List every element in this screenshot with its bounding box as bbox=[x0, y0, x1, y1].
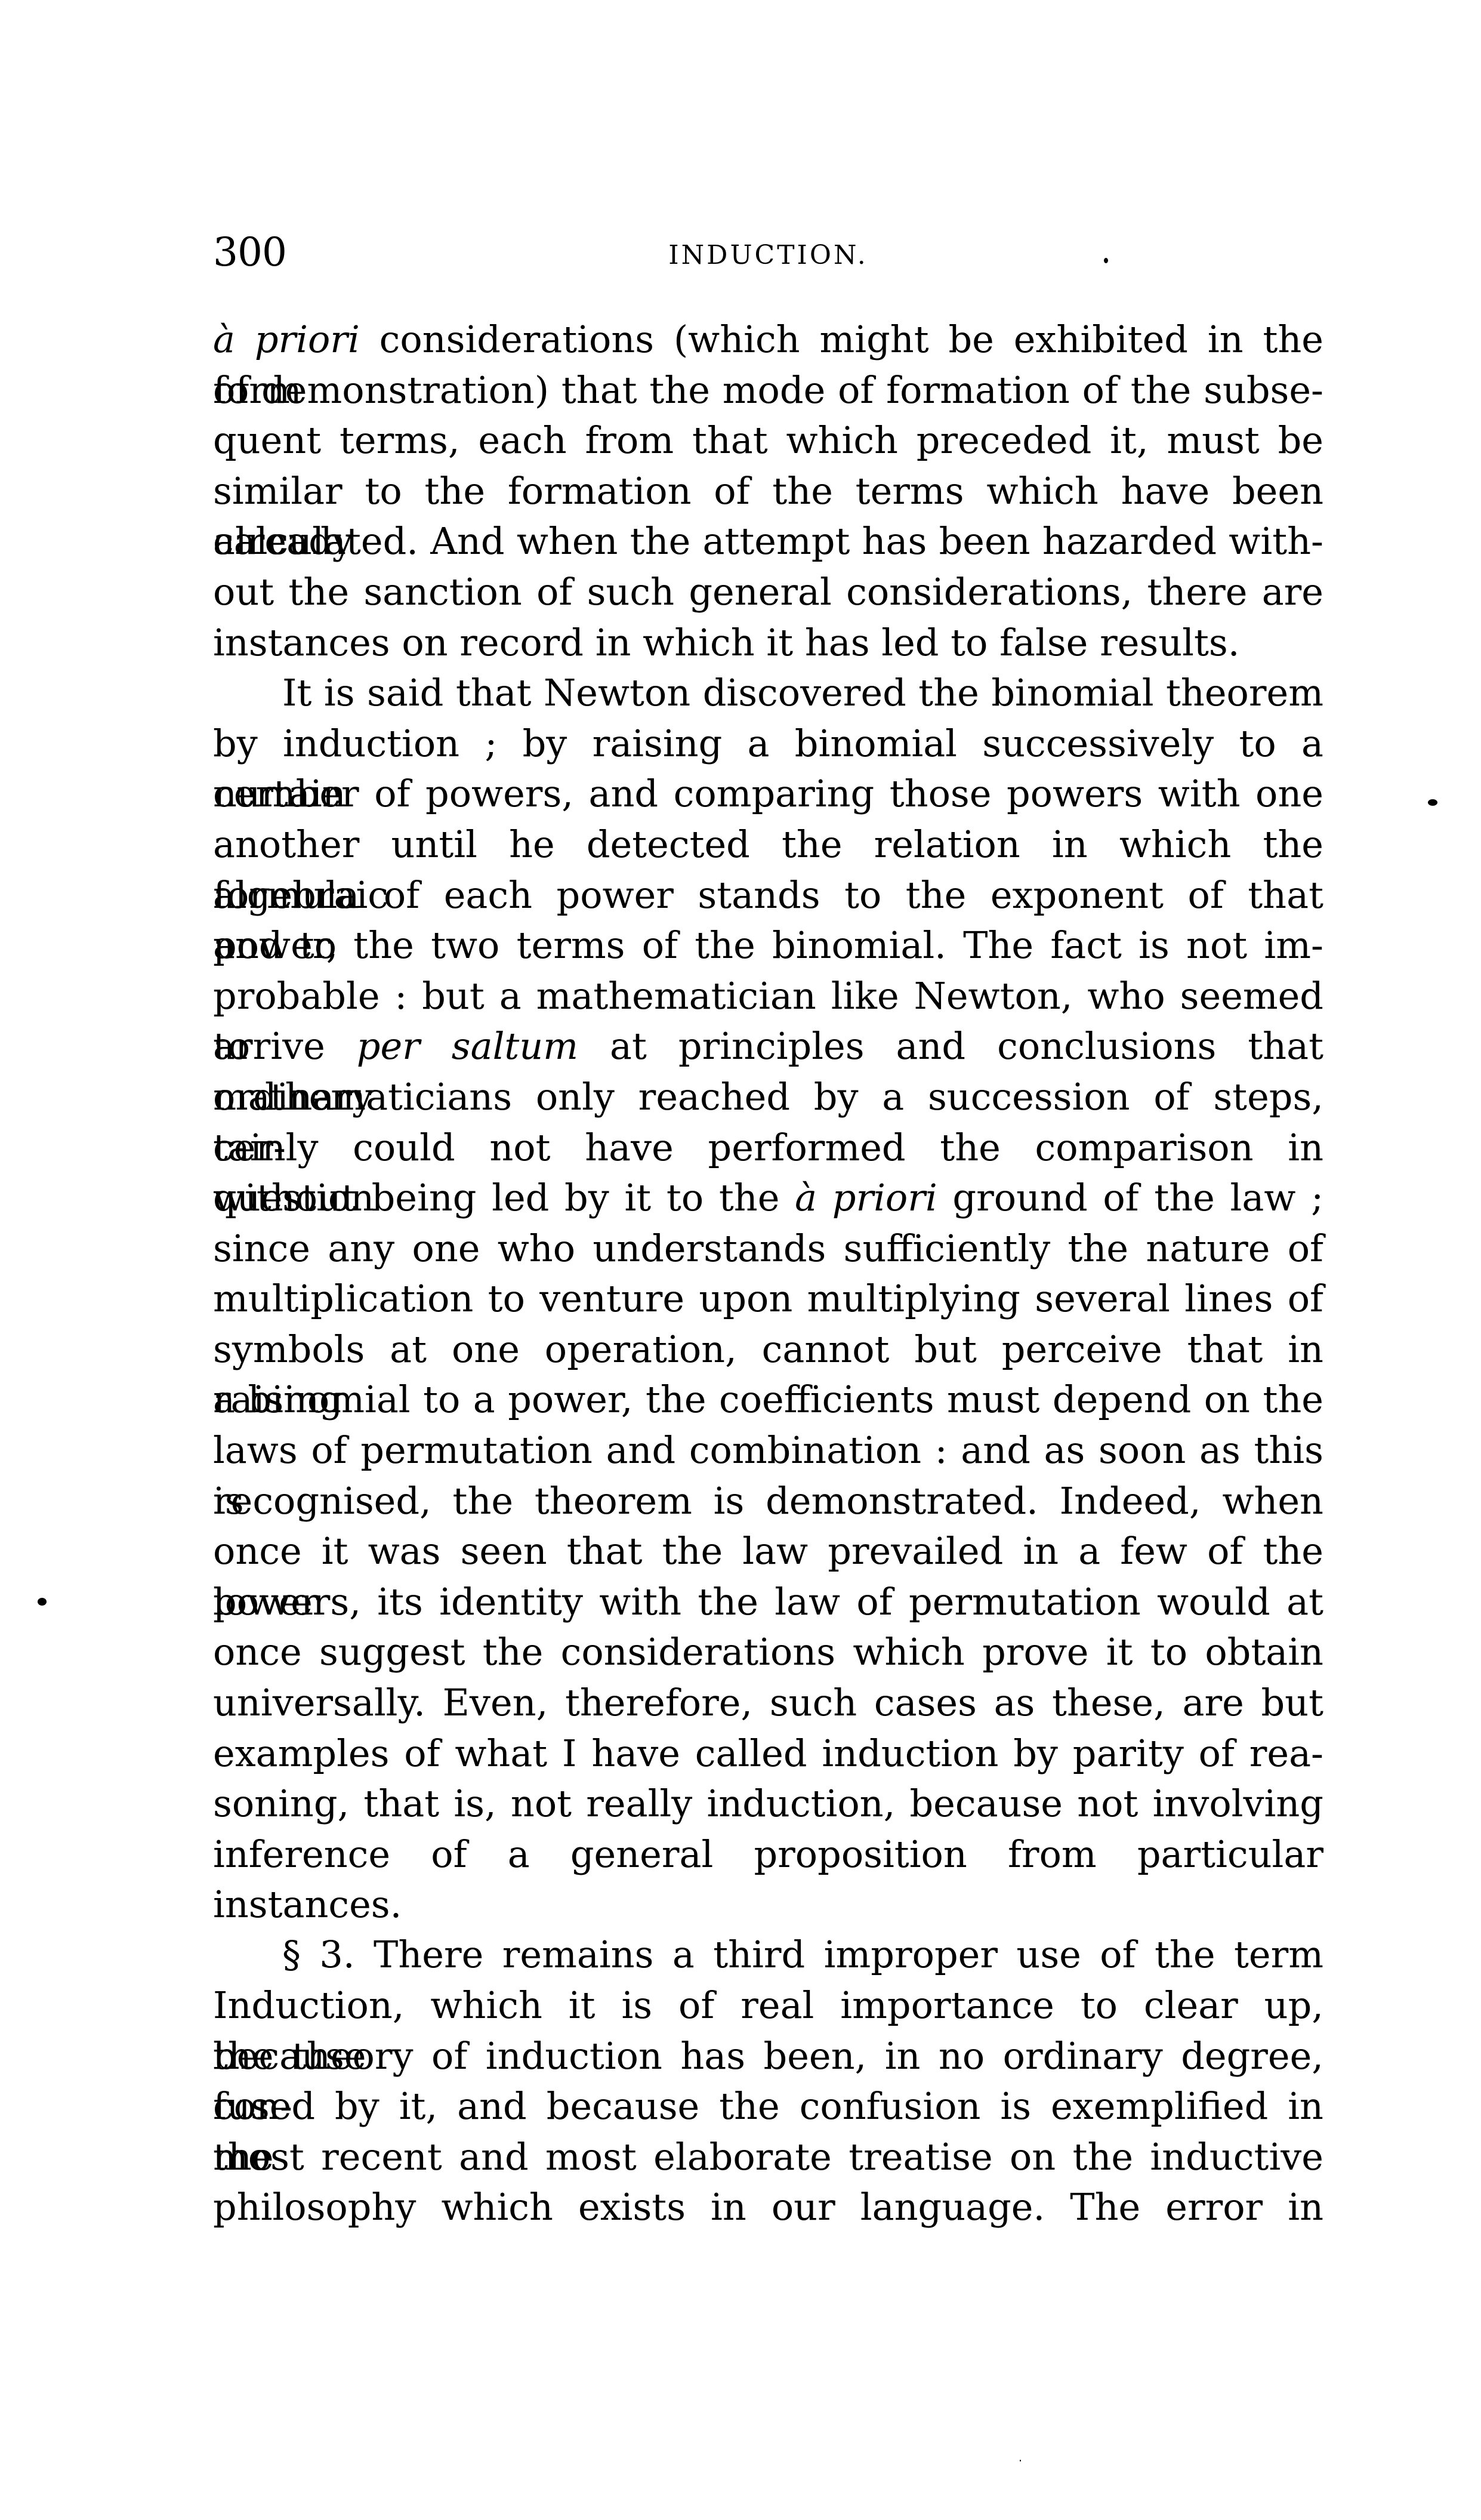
text-line: examples of what I have called induction… bbox=[213, 1729, 1323, 1779]
text-line: and to the two terms of the binomial. Th… bbox=[213, 920, 1323, 971]
text-line: soning, that is, not really induction, b… bbox=[213, 1779, 1323, 1829]
text-line: fused by it, and because the confusion i… bbox=[213, 2081, 1323, 2132]
text-run: arrive bbox=[213, 1024, 357, 1068]
body-text: à priori considerations (which might be … bbox=[213, 315, 1323, 2233]
text-line: § 3. There remains a third improper use … bbox=[213, 1930, 1323, 1980]
text-line: universally. Even, therefore, such cases… bbox=[213, 1678, 1323, 1729]
text-run: instances on record in which it has led … bbox=[213, 621, 1239, 664]
text-run: most recent and most elaborate treatise … bbox=[213, 2135, 1323, 2179]
text-run: quent terms, each from that which preced… bbox=[213, 418, 1323, 462]
text-line: number of powers, and comparing those po… bbox=[213, 769, 1323, 820]
text-run: once suggest the considerations which pr… bbox=[213, 1630, 1323, 1674]
text-run: of demonstration) that the mode of forma… bbox=[213, 368, 1323, 412]
text-run: examples of what I have called induction… bbox=[213, 1732, 1323, 1775]
text-run: multiplication to venture upon multiplyi… bbox=[213, 1277, 1323, 1320]
text-line: instances on record in which it has led … bbox=[213, 618, 1323, 668]
text-run: recognised, the theorem is demonstrated.… bbox=[213, 1479, 1323, 1523]
text-line: since any one who understands sufficient… bbox=[213, 1224, 1323, 1274]
text-run: calculated. And when the attempt has bee… bbox=[213, 519, 1323, 563]
text-line: once it was seen that the law prevailed … bbox=[213, 1526, 1323, 1577]
ink-speck bbox=[1020, 2460, 1021, 2462]
text-line: philosophy which exists in our language.… bbox=[213, 2182, 1323, 2233]
ink-speck bbox=[1428, 799, 1437, 806]
text-run: universally. Even, therefore, such cases… bbox=[213, 1681, 1323, 1724]
text-run: philosophy which exists in our language.… bbox=[213, 2185, 1323, 2229]
text-run: inference of a general proposition from … bbox=[213, 1832, 1323, 1927]
italic-phrase: à priori bbox=[795, 1176, 937, 1219]
text-line: symbols at one operation, cannot but per… bbox=[213, 1324, 1323, 1375]
text-line: of demonstration) that the mode of forma… bbox=[213, 365, 1323, 416]
text-run: number of powers, and comparing those po… bbox=[213, 772, 1323, 815]
text-line: multiplication to venture upon multiplyi… bbox=[213, 1274, 1323, 1324]
text-line: similar to the formation of the terms wh… bbox=[213, 466, 1323, 517]
text-line: inference of a general proposition from … bbox=[213, 1829, 1323, 1880]
text-line: another until he detected the relation i… bbox=[213, 820, 1323, 870]
text-run: powers, its identity with the law of per… bbox=[213, 1580, 1323, 1623]
text-line: recognised, the theorem is demonstrated.… bbox=[213, 1476, 1323, 1527]
text-line: formula of each power stands to the expo… bbox=[213, 870, 1323, 921]
ink-speck bbox=[1104, 258, 1108, 263]
text-line: out the sanction of such general conside… bbox=[213, 567, 1323, 618]
text-line: calculated. And when the attempt has bee… bbox=[213, 516, 1323, 567]
text-line: most recent and most elaborate treatise … bbox=[213, 2132, 1323, 2183]
text-line: once suggest the considerations which pr… bbox=[213, 1627, 1323, 1678]
text-line: laws of permutation and combination : an… bbox=[213, 1425, 1323, 1476]
text-line: by induction ; by raising a binomial suc… bbox=[213, 719, 1323, 769]
text-line: It is said that Newton discovered the bi… bbox=[213, 668, 1323, 719]
text-run: since any one who understands sufficient… bbox=[213, 1227, 1323, 1270]
text-line: Induction, which it is of real importanc… bbox=[213, 1980, 1323, 2031]
text-line: tainly could not have performed the comp… bbox=[213, 1123, 1323, 1173]
text-line: powers, its identity with the law of per… bbox=[213, 1577, 1323, 1628]
section-3-paragraph: § 3. There remains a third improper use … bbox=[213, 1930, 1323, 2233]
text-run: and to the two terms of the binomial. Th… bbox=[213, 923, 1323, 967]
text-line: à priori considerations (which might be … bbox=[213, 315, 1323, 365]
text-run: It is said that Newton discovered the bi… bbox=[282, 671, 1323, 714]
text-line: probable : but a mathematician like Newt… bbox=[213, 971, 1323, 1022]
paragraph: It is said that Newton discovered the bi… bbox=[213, 668, 1323, 1880]
text-run: ground of the law ; bbox=[937, 1176, 1323, 1219]
text-line: quent terms, each from that which preced… bbox=[213, 415, 1323, 466]
text-run: soning, that is, not really induction, b… bbox=[213, 1782, 1323, 1825]
text-line: without being led by it to the à priori … bbox=[213, 1173, 1323, 1224]
ink-speck bbox=[38, 1598, 47, 1606]
text-line: mathematicians only reached by a success… bbox=[213, 1072, 1323, 1123]
text-line: the theory of induction has been, in no … bbox=[213, 2031, 1323, 2082]
text-run: out the sanction of such general conside… bbox=[213, 570, 1323, 614]
italic-phrase: à priori bbox=[213, 318, 360, 361]
running-title: INDUCTION. bbox=[213, 238, 1323, 273]
paragraph: à priori considerations (which might be … bbox=[213, 315, 1323, 668]
text-run: without being led by it to the bbox=[213, 1176, 795, 1219]
running-head: 300 INDUCTION. bbox=[213, 232, 1323, 273]
book-page: 300 INDUCTION. à priori considerations (… bbox=[0, 0, 1481, 2520]
italic-phrase: per saltum bbox=[357, 1024, 578, 1068]
text-run: § 3. There remains a third improper use … bbox=[282, 1933, 1323, 1976]
text-run: a binomial to a power, the coefficients … bbox=[213, 1378, 1323, 1421]
text-line: arrive per saltum at principles and conc… bbox=[213, 1021, 1323, 1072]
text-line: a binomial to a power, the coefficients … bbox=[213, 1375, 1323, 1425]
